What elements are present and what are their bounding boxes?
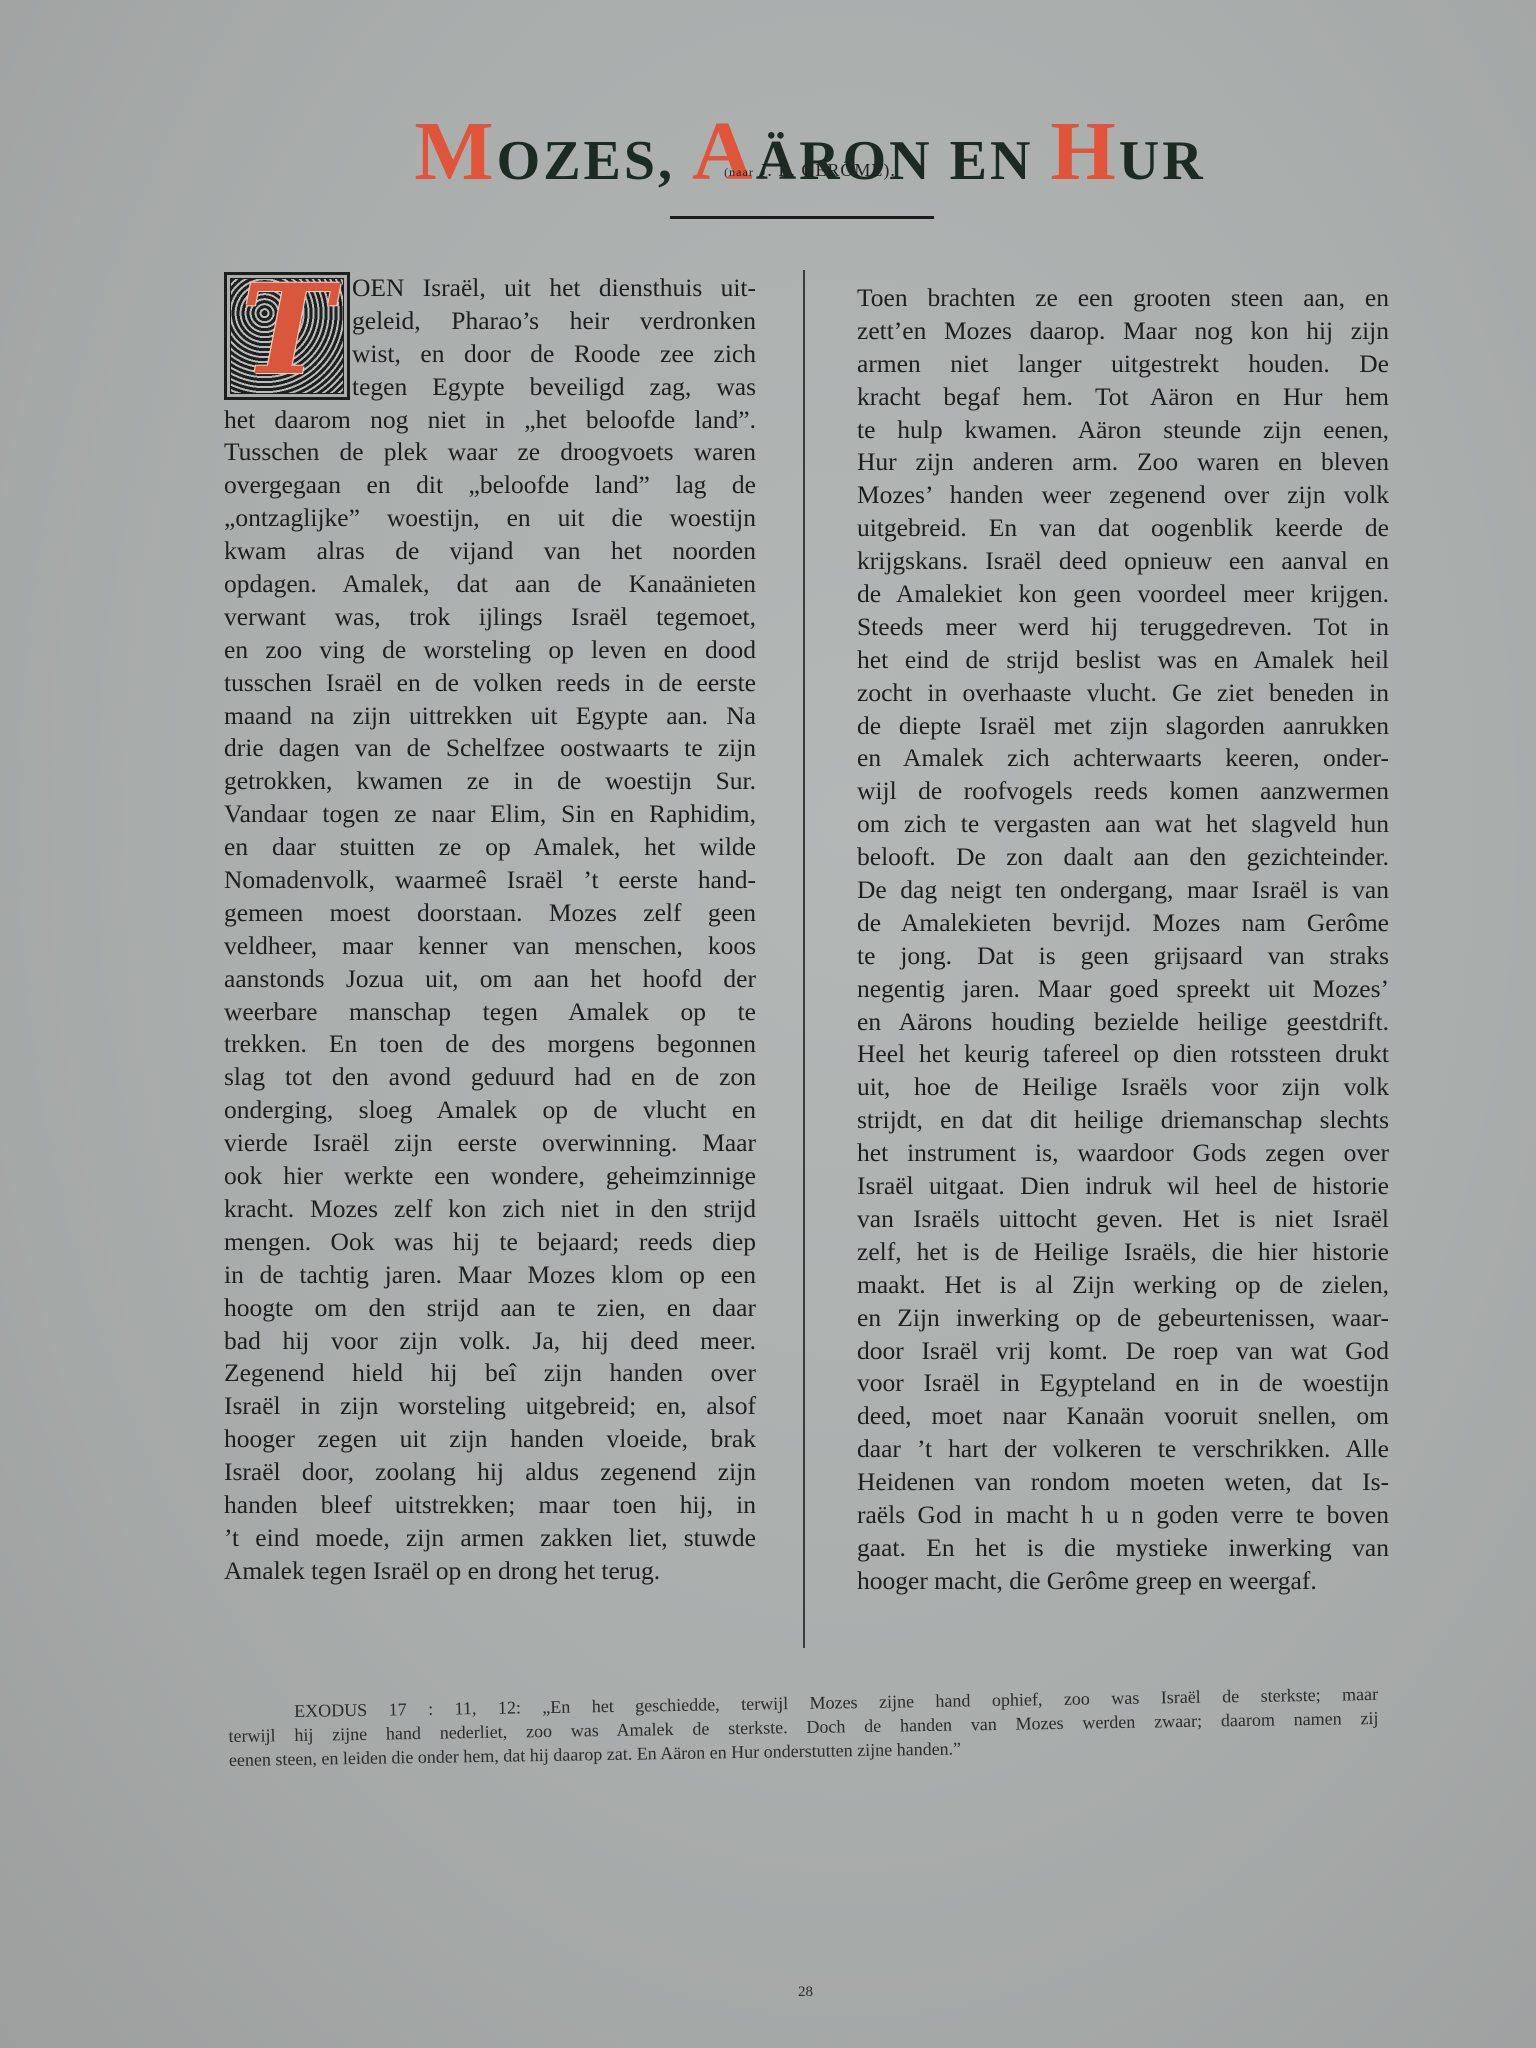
- text-line: het daarom nog niet in „het beloofde lan…: [224, 404, 756, 437]
- text-line: getrokken, kwamen ze in de woestijn Sur.: [224, 765, 756, 798]
- text-line: geleid, Pharao’s heir verdronken: [224, 305, 756, 338]
- text-line: zett’en Mozes daarop. Maar nog kon hij z…: [857, 315, 1389, 348]
- text-line: Heel het keurig tafereel op dien rotsste…: [857, 1038, 1389, 1071]
- text-line: het instrument is, waardoor Gods zegen o…: [857, 1137, 1389, 1170]
- text-line: de Amalekieten bevrijd. Mozes nam Gerôme: [857, 907, 1389, 940]
- text-line: hooger zegen uit zijn handen vloeide, br…: [224, 1423, 756, 1456]
- text-line: en Zijn inwerking op de gebeurtenissen, …: [857, 1302, 1389, 1335]
- right-text-column: Toen brachten ze een grooten steen aan, …: [857, 282, 1389, 1598]
- text-line: en Amalek zich achterwaarts keeren, onde…: [857, 742, 1389, 775]
- text-line: maakt. Het is al Zijn werking op de ziel…: [857, 1269, 1389, 1302]
- text-line: weerbare manschap tegen Amalek op te: [224, 996, 756, 1029]
- text-line: uitgebreid. En van dat oogenblik keerde …: [857, 512, 1389, 545]
- text-line: OEN Israël, uit het diensthuis uit-: [224, 272, 756, 305]
- book-page: MOZES, AÄRON EN HUR (naar J. L. GERÔME).…: [0, 0, 1536, 2048]
- text-line: Toen brachten ze een grooten steen aan, …: [857, 282, 1389, 315]
- text-line: aanstonds Jozua uit, om aan het hoofd de…: [224, 963, 756, 996]
- text-line: bad hij voor zijn volk. Ja, hij deed mee…: [224, 1325, 756, 1358]
- text-line: te hulp kwamen. Aäron steunde zijn eenen…: [857, 414, 1389, 447]
- text-line: gaat. En het is die mystieke inwerking v…: [857, 1532, 1389, 1565]
- text-line: handen bleef uitstrekken; maar toen hij,…: [224, 1489, 756, 1522]
- subtitle-attribution: J. L. GERÔME).: [759, 160, 896, 180]
- text-line: Israël in zijn worsteling uitgebreid; en…: [224, 1390, 756, 1423]
- title-divider-rule: [670, 216, 934, 219]
- text-line: Steeds meer werd hij teruggedreven. Tot …: [857, 611, 1389, 644]
- text-line: Israël uitgaat. Dien indruk wil heel de …: [857, 1170, 1389, 1203]
- text-line: in de tachtig jaren. Maar Mozes klom op …: [224, 1259, 756, 1292]
- text-line: maand na zijn uittrekken uit Egypte aan.…: [224, 700, 756, 733]
- text-line: wist, en door de Roode zee zich: [224, 338, 756, 371]
- text-line: en zoo ving de worsteling op leven en do…: [224, 634, 756, 667]
- text-line: drie dagen van de Schelfzee oostwaarts t…: [224, 732, 756, 765]
- text-line: trekken. En toen de des morgens begonnen: [224, 1028, 756, 1061]
- text-line: om zich te vergasten aan wat het slagvel…: [857, 808, 1389, 841]
- text-line: de diepte Israël met zijn slagorden aanr…: [857, 710, 1389, 743]
- text-line: daar ’t hart der volkeren te verschrikke…: [857, 1433, 1389, 1466]
- text-line: Tusschen de plek waar ze droogvoets ware…: [224, 436, 756, 469]
- text-line: Amalek tegen Israël op en drong het teru…: [224, 1555, 756, 1588]
- text-line: uit, hoe de Heilige Israëls voor zijn vo…: [857, 1071, 1389, 1104]
- text-line: Israël door, zoolang hij aldus zegenend …: [224, 1456, 756, 1489]
- text-line: armen niet langer uitgestrekt houden. De: [857, 348, 1389, 381]
- text-line: en daar stuitten ze op Amalek, het wilde: [224, 831, 756, 864]
- text-line: belooft. De zon daalt aan den gezichtein…: [857, 841, 1389, 874]
- text-line: Nomadenvolk, waarmeê Israël ’t eerste ha…: [224, 864, 756, 897]
- text-line: kracht. Mozes zelf kon zich niet in den …: [224, 1193, 756, 1226]
- text-line: vierde Israël zijn eerste overwinning. M…: [224, 1127, 756, 1160]
- text-line: Mozes’ handen weer zegenend over zijn vo…: [857, 479, 1389, 512]
- page-subtitle: (naar J. L. GERÔME).: [0, 160, 1536, 181]
- text-line: voor Israël in Egypteland en in de woest…: [857, 1367, 1389, 1400]
- left-text-column: OEN Israël, uit het diensthuis uit-gelei…: [224, 272, 756, 1588]
- text-line: Zegenend hield hij beî zijn handen over: [224, 1357, 756, 1390]
- text-line: de Amalekiet kon geen voordeel meer krij…: [857, 578, 1389, 611]
- text-line: negentig jaren. Maar goed spreekt uit Mo…: [857, 973, 1389, 1006]
- text-line: slag tot den avond geduurd had en de zon: [224, 1061, 756, 1094]
- scripture-footnote: EXODUS 17 : 11, 12: „En het geschiedde, …: [228, 1682, 1379, 1772]
- text-line: overgegaan en dit „beloofde land” lag de: [224, 469, 756, 502]
- text-line: tegen Egypte beveiligd zag, was: [224, 371, 756, 404]
- text-line: onderging, sloeg Amalek op de vlucht en: [224, 1094, 756, 1127]
- text-line: het eind de strijd beslist was en Amalek…: [857, 644, 1389, 677]
- text-line: door Israël vrij komt. De roep van wat G…: [857, 1335, 1389, 1368]
- text-line: hoogte om den strijd aan te zien, en daa…: [224, 1292, 756, 1325]
- text-line: mengen. Ook was hij te bejaard; reeds di…: [224, 1226, 756, 1259]
- subtitle-prefix: (naar: [724, 165, 754, 179]
- text-line: verwant was, trok ijlings Israël tegemoe…: [224, 601, 756, 634]
- text-line: kracht begaf hem. Tot Aäron en Hur hem: [857, 381, 1389, 414]
- text-line: zocht in overhaaste vlucht. Ge ziet bene…: [857, 677, 1389, 710]
- text-line: deed, moet naar Kanaän vooruit snellen, …: [857, 1400, 1389, 1433]
- text-line: De dag neigt ten ondergang, maar Israël …: [857, 874, 1389, 907]
- text-line: ’t eind moede, zijn armen zakken liet, s…: [224, 1522, 756, 1555]
- text-line: tusschen Israël en de volken reeds in de…: [224, 667, 756, 700]
- text-line: te jong. Dat is geen grijsaard van strak…: [857, 940, 1389, 973]
- text-line: en Aärons houding bezielde heilige geest…: [857, 1006, 1389, 1039]
- column-divider: [803, 270, 805, 1648]
- text-line: opdagen. Amalek, dat aan de Kanaänieten: [224, 568, 756, 601]
- text-line: strijdt, en dat dit heilige driemanschap…: [857, 1104, 1389, 1137]
- text-line: hooger macht, die Gerôme greep en weerga…: [857, 1565, 1389, 1598]
- text-line: kwam alras de vijand van het noorden: [224, 535, 756, 568]
- page-number: 28: [798, 1984, 813, 2001]
- text-line: veldheer, maar kenner van menschen, koos: [224, 930, 756, 963]
- text-line: wijl de roofvogels reeds komen aanzwerme…: [857, 775, 1389, 808]
- text-line: krijgskans. Israël deed opnieuw een aanv…: [857, 545, 1389, 578]
- text-line: Hur zijn anderen arm. Zoo waren en bleve…: [857, 446, 1389, 479]
- text-line: Heidenen van rondom moeten weten, dat Is…: [857, 1466, 1389, 1499]
- text-line: van Israëls uittocht geven. Het is niet …: [857, 1203, 1389, 1236]
- text-line: Vandaar togen ze naar Elim, Sin en Raphi…: [224, 798, 756, 831]
- text-line: raëls God in macht h u n goden verre te …: [857, 1499, 1389, 1532]
- text-line: „ontzaglijke” woestijn, en uit die woest…: [224, 502, 756, 535]
- text-line: ook hier werkte een wondere, geheimzinni…: [224, 1160, 756, 1193]
- text-line: gemeen moest doorstaan. Mozes zelf geen: [224, 897, 756, 930]
- text-line: zelf, het is de Heilige Israëls, die hie…: [857, 1236, 1389, 1269]
